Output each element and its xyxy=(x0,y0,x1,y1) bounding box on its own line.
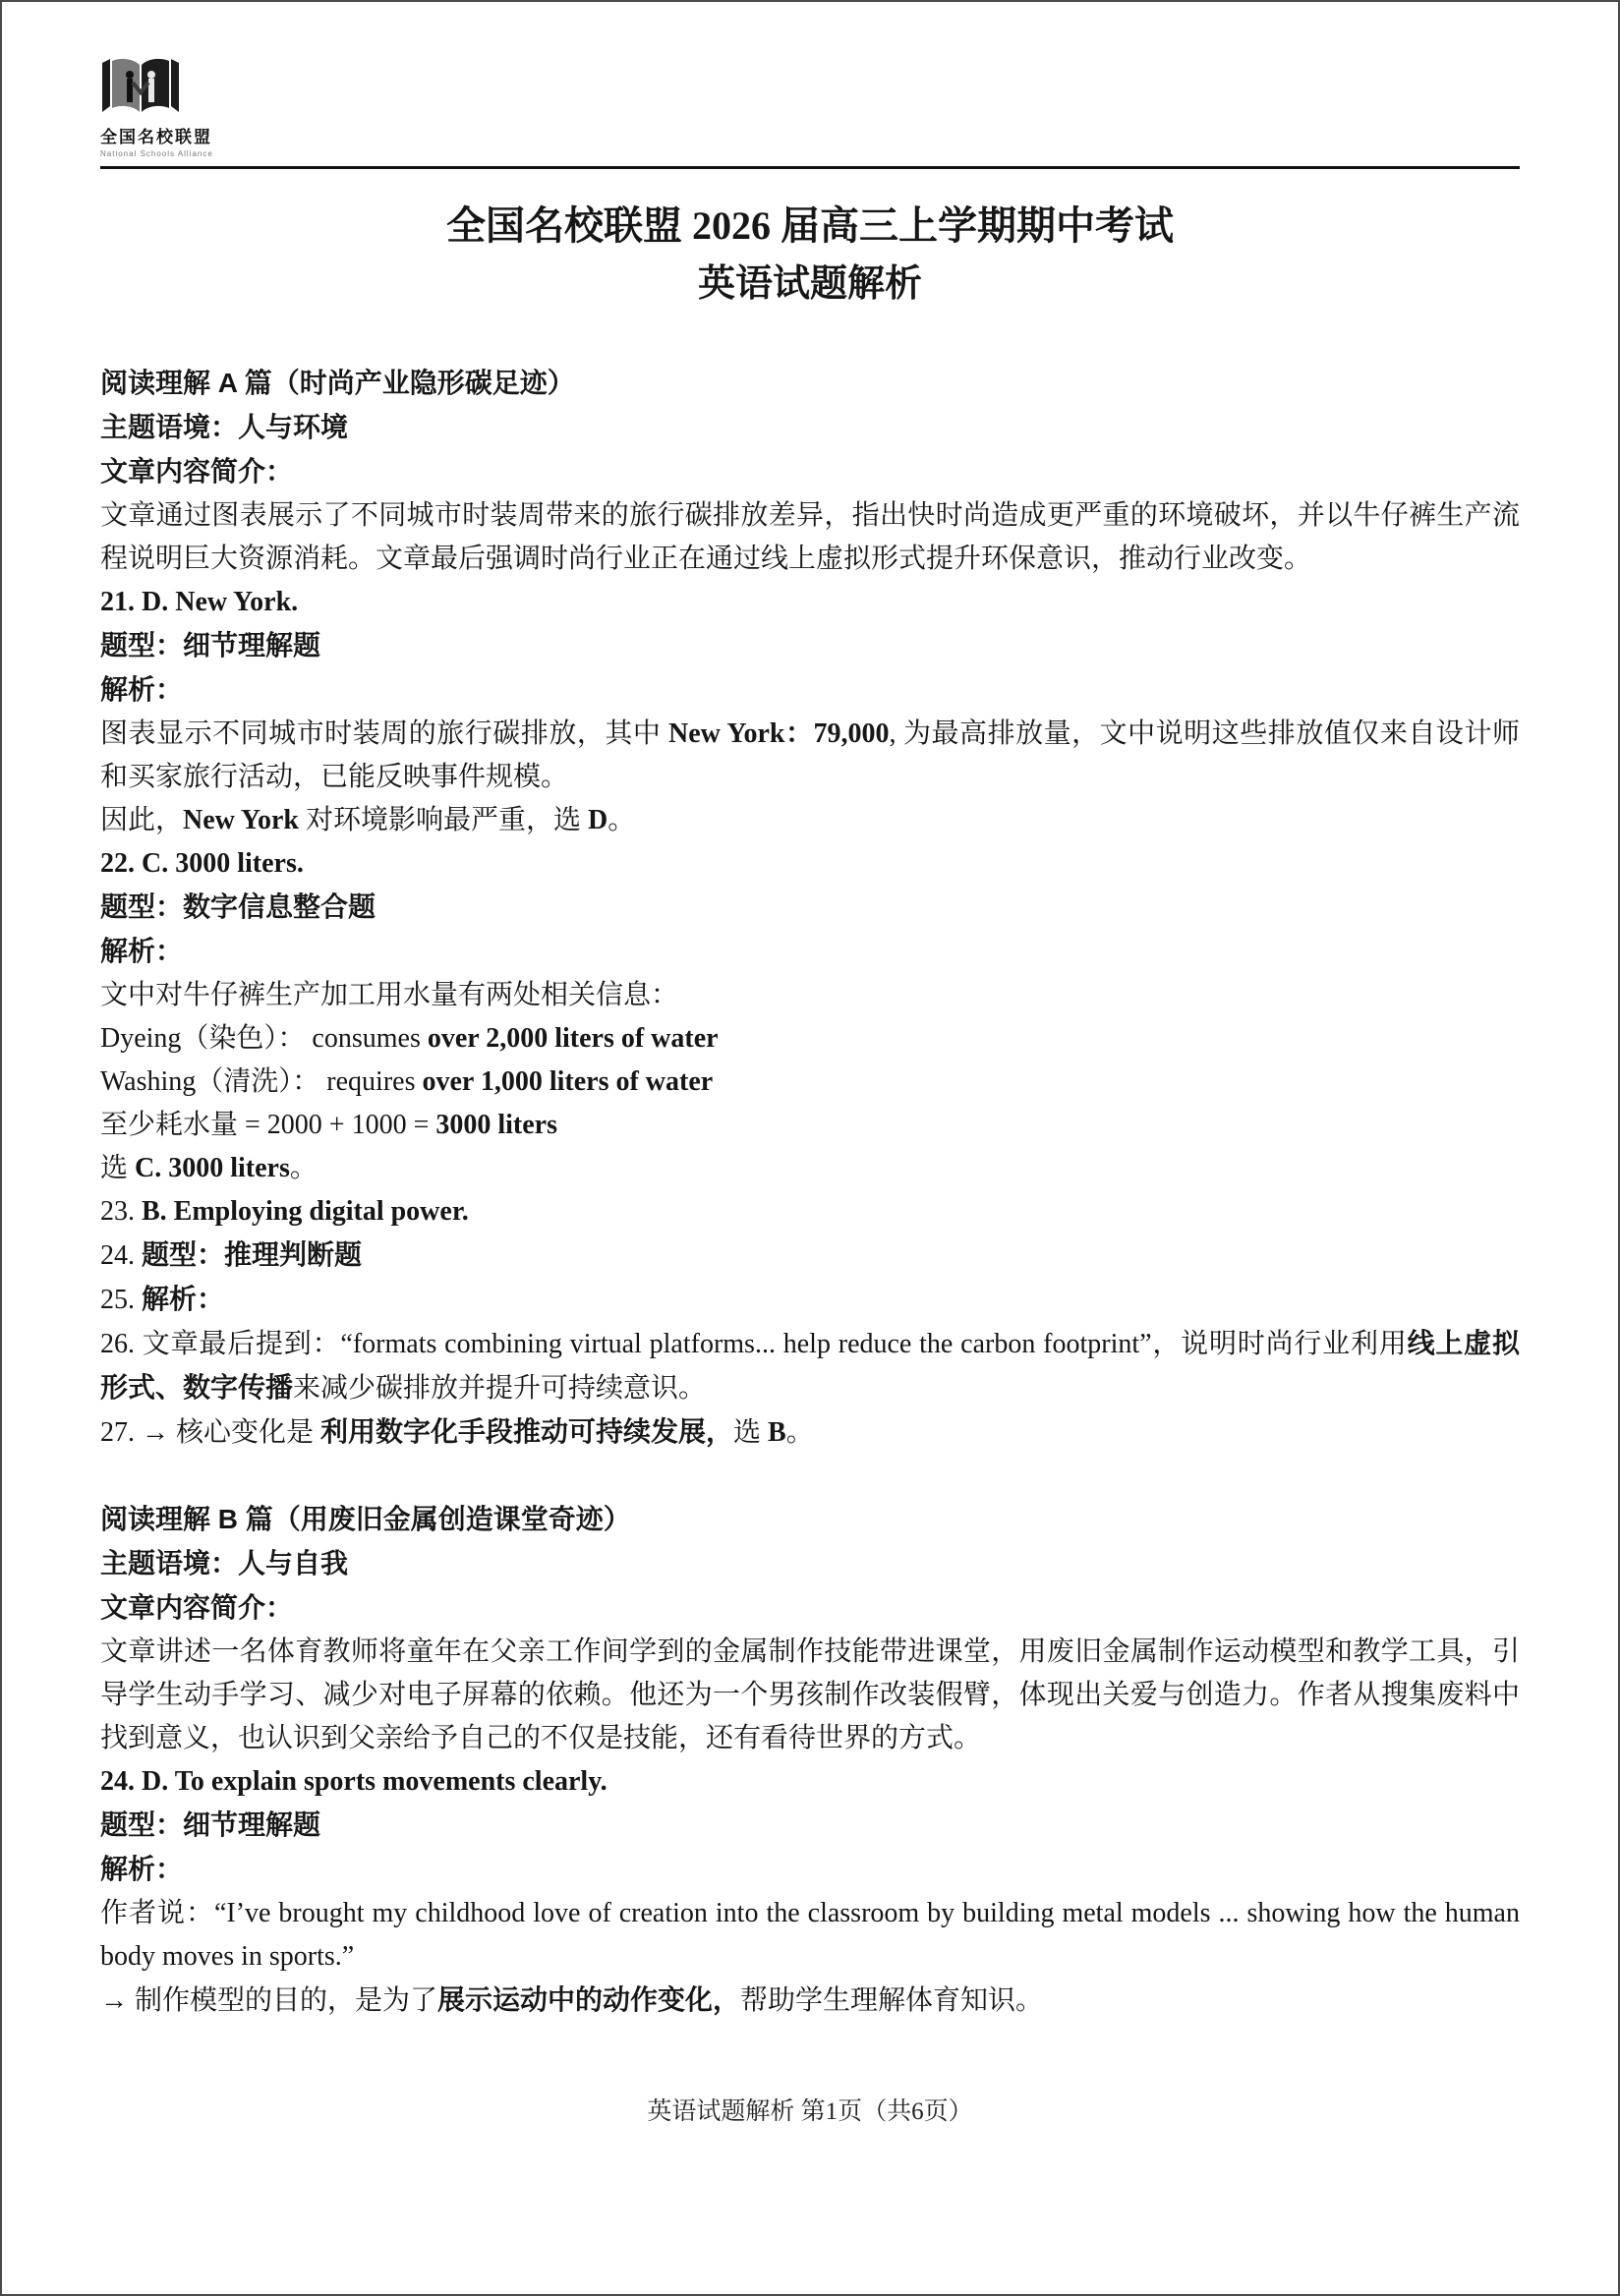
text-run: 25. xyxy=(100,1285,142,1315)
text-run: 。 xyxy=(290,1153,318,1183)
text-run: 21. D. New York. xyxy=(100,587,298,617)
text-line: 25. 解析： xyxy=(100,1278,1520,1322)
text-line: 题型：细节理解题 xyxy=(100,1804,1520,1848)
content: 阅读理解 A 篇（时尚产业隐形碳足迹）主题语境：人与环境文章内容简介：文章通过图… xyxy=(100,362,1520,2023)
text-run: 来减少碳排放并提升可持续意识。 xyxy=(293,1373,706,1404)
text-run: 3000 liters xyxy=(435,1110,557,1140)
text-run: 对环境影响最严重，选 xyxy=(299,805,588,835)
text-run: Dyeing（染色）： consumes xyxy=(100,1023,428,1054)
text-line: 解析： xyxy=(100,1848,1520,1892)
text-line: 主题语境：人与环境 xyxy=(100,406,1520,450)
exam-subtitle: 英语试题解析 xyxy=(100,261,1520,307)
text-run: 阅读理解 B 篇（用废旧金属创造课堂奇迹） xyxy=(100,1504,631,1534)
text-run: 解析： xyxy=(142,1284,224,1314)
header-divider xyxy=(100,166,1520,169)
text-line: 题型：数字信息整合题 xyxy=(100,886,1520,930)
text-run: 展示运动中的动作变化， xyxy=(437,1984,740,2015)
text-line: 解析： xyxy=(100,930,1520,974)
text-run: 解析： xyxy=(100,1854,183,1884)
text-run: 。 xyxy=(786,1417,814,1448)
text-line: 文章内容简介： xyxy=(100,1586,1520,1631)
text-line: 解析： xyxy=(100,668,1520,713)
text-run: 选 xyxy=(100,1153,135,1183)
text-run: 24. xyxy=(100,1240,142,1271)
text-run: 利用数字化手段推动可持续发展， xyxy=(320,1416,733,1447)
page-footer: 英语试题解析 第1页（共6页） xyxy=(2,2092,1618,2127)
text-line: 题型：细节理解题 xyxy=(100,624,1520,668)
text-run: Washing（清洗）： requires xyxy=(100,1066,422,1097)
text-line: 文章内容简介： xyxy=(100,450,1520,494)
text-run: → 制作模型的目的，是为了 xyxy=(100,1985,437,2016)
text-line: 阅读理解 B 篇（用废旧金属创造课堂奇迹） xyxy=(100,1498,1520,1542)
logo-title: 全国名校联盟 xyxy=(100,123,218,147)
text-line: 图表显示不同城市时装周的旅行碳排放，其中 New York：79,000, 为最… xyxy=(100,713,1520,799)
text-run: 解析： xyxy=(100,936,183,966)
text-run: 22. C. 3000 liters. xyxy=(100,848,304,879)
open-book-logo-icon xyxy=(100,57,181,120)
text-run: 因此， xyxy=(100,805,183,835)
text-run: 文章通过图表展示了不同城市时装周带来的旅行碳排放差异，指出快时尚造成更严重的环境… xyxy=(100,500,1520,574)
text-line: 至少耗水量 = 2000 + 1000 = 3000 liters xyxy=(100,1104,1520,1147)
logo-subtitle: National Schools Alliance xyxy=(100,149,218,158)
text-run: 文章内容简介： xyxy=(100,1592,293,1623)
text-run: 题型：细节理解题 xyxy=(100,1809,320,1840)
text-run: 解析： xyxy=(100,674,183,705)
text-run: 作者说：“I’ve brought my childhood love of c… xyxy=(100,1898,1520,1972)
text-run: 24. D. To explain sports movements clear… xyxy=(100,1766,607,1797)
text-line: 文章讲述一名体育教师将童年在父亲工作间学到的金属制作技能带进课堂，用废旧金属制作… xyxy=(100,1631,1520,1760)
text-line: 24. D. To explain sports movements clear… xyxy=(100,1760,1520,1804)
org-logo: 全国名校联盟 National Schools Alliance xyxy=(100,2,218,158)
text-line: 27. → 核心变化是 利用数字化手段推动可持续发展，选 B。 xyxy=(100,1410,1520,1455)
document-page: 全国名校联盟 National Schools Alliance 全国名校联盟 … xyxy=(0,0,1620,2296)
text-run: D xyxy=(588,805,607,835)
text-run: C. 3000 liters xyxy=(135,1153,290,1183)
text-run: over 1,000 liters of water xyxy=(422,1066,713,1097)
text-run: 题型：细节理解题 xyxy=(100,630,320,660)
text-run: over 2,000 liters of water xyxy=(428,1023,719,1054)
text-line: 22. C. 3000 liters. xyxy=(100,842,1520,886)
text-line: 文中对牛仔裤生产加工用水量有两处相关信息： xyxy=(100,974,1520,1017)
text-run: 文章讲述一名体育教师将童年在父亲工作间学到的金属制作技能带进课堂，用废旧金属制作… xyxy=(100,1636,1520,1753)
text-run: 27. → 核心变化是 xyxy=(100,1417,320,1448)
text-run: 主题语境：人与环境 xyxy=(100,412,348,442)
text-line: 文章通过图表展示了不同城市时装周带来的旅行碳排放差异，指出快时尚造成更严重的环境… xyxy=(100,494,1520,581)
text-run: 题型：推理判断题 xyxy=(142,1239,362,1270)
text-run: 阅读理解 A 篇（时尚产业隐形碳足迹） xyxy=(100,368,575,398)
text-run: 帮助学生理解体育知识。 xyxy=(740,1985,1043,2016)
text-run: B. Employing digital power. xyxy=(142,1196,469,1227)
exam-title: 全国名校联盟 2026 届高三上学期期中考试 xyxy=(100,202,1520,250)
text-line: 23. B. Employing digital power. xyxy=(100,1190,1520,1234)
text-line: 21. D. New York. xyxy=(100,581,1520,624)
text-line: 主题语境：人与自我 xyxy=(100,1542,1520,1586)
text-run: 23. xyxy=(100,1196,142,1227)
text-run: 。 xyxy=(607,805,635,835)
text-line: 选 C. 3000 liters。 xyxy=(100,1147,1520,1190)
text-line: 因此，New York 对环境影响最严重，选 D。 xyxy=(100,799,1520,842)
text-run: 图表显示不同城市时装周的旅行碳排放，其中 xyxy=(100,718,668,749)
text-line: 作者说：“I’ve brought my childhood love of c… xyxy=(100,1892,1520,1979)
text-run: B xyxy=(768,1417,786,1448)
content-spacer xyxy=(100,1455,1520,1498)
text-run: 至少耗水量 = 2000 + 1000 = xyxy=(100,1110,435,1140)
text-line: 阅读理解 A 篇（时尚产业隐形碳足迹） xyxy=(100,362,1520,406)
text-run: 26. 文章最后提到：“formats combining virtual pl… xyxy=(100,1329,1408,1359)
text-run: 文章内容简介： xyxy=(100,456,293,487)
text-run: 主题语境：人与自我 xyxy=(100,1548,348,1578)
text-run: New York xyxy=(183,805,299,835)
page-number: 英语试题解析 第1页（共6页） xyxy=(647,2098,972,2125)
text-line: → 制作模型的目的，是为了展示运动中的动作变化，帮助学生理解体育知识。 xyxy=(100,1979,1520,2023)
text-line: Dyeing（染色）： consumes over 2,000 liters o… xyxy=(100,1017,1520,1061)
text-run: 题型：数字信息整合题 xyxy=(100,891,376,922)
text-run: 选 xyxy=(733,1417,768,1448)
text-line: Washing（清洗）： requires over 1,000 liters … xyxy=(100,1061,1520,1104)
text-line: 26. 文章最后提到：“formats combining virtual pl… xyxy=(100,1322,1520,1410)
text-line: 24. 题型：推理判断题 xyxy=(100,1234,1520,1278)
text-run: New York：79,000 xyxy=(668,718,890,749)
text-run: 文中对牛仔裤生产加工用水量有两处相关信息： xyxy=(100,980,678,1010)
